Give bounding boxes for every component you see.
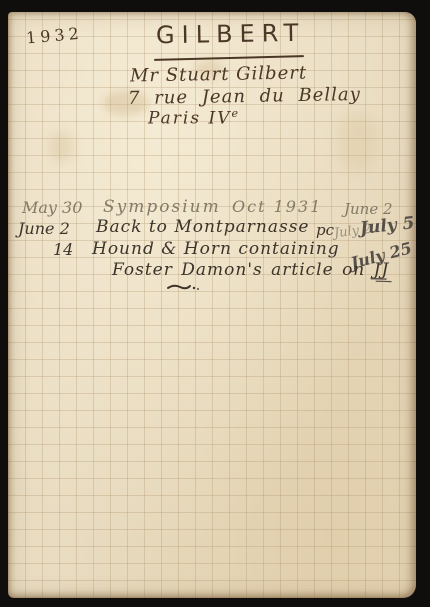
entry-book-title: Symposium xyxy=(103,197,221,217)
entry-date: May 30 xyxy=(22,198,82,217)
patron-city-superscript: e xyxy=(232,107,241,120)
entry-date: 14 xyxy=(53,240,73,259)
entry-date: June 2 xyxy=(18,219,70,238)
entry-book-title-continuation: Foster Damon's article on JJ xyxy=(112,260,389,280)
entry-book-title: Hound & Horn containing xyxy=(92,239,340,259)
patron-street: 7 rue Jean du Bellay xyxy=(128,84,361,109)
entry-book-title: Back to Montparnasse xyxy=(96,217,309,237)
library-card: 1932 GILBERT Mr Stuart Gilbert 7 rue Jea… xyxy=(8,12,416,598)
patron-city: Paris IVe xyxy=(148,107,240,129)
scribble-mark-icon xyxy=(166,278,200,297)
title-underline xyxy=(154,55,304,61)
paper-stain xyxy=(48,132,74,162)
year-label: 1932 xyxy=(25,24,83,48)
card-title-surname: GILBERT xyxy=(156,19,306,50)
entry-note: pc xyxy=(316,221,334,239)
entry-detail: Oct 1931 xyxy=(232,197,322,216)
photo-background: { "photo": { "background_color": "#0f0e0… xyxy=(0,0,430,607)
patron-city-text: Paris IV xyxy=(148,109,232,129)
paper-stain xyxy=(338,112,378,172)
patron-name: Mr Stuart Gilbert xyxy=(130,62,307,86)
entry-return-date-overwrite: July 5 xyxy=(359,213,415,239)
